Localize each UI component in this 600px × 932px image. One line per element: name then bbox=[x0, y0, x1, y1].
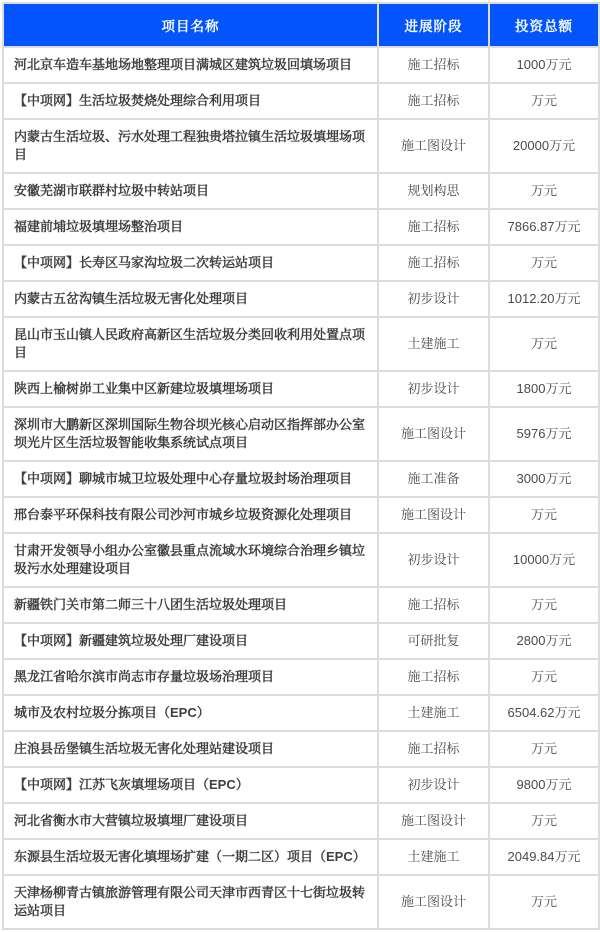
table-row: 深圳市大鹏新区深圳国际生物谷坝光核心启动区指挥部办公室坝光片区生活垃圾智能收集系… bbox=[3, 407, 599, 461]
column-header-project-name: 项目名称 bbox=[3, 3, 378, 47]
stage-cell: 初步设计 bbox=[378, 281, 489, 317]
stage-cell: 施工招标 bbox=[378, 47, 489, 83]
table-row: 天津杨柳青古镇旅游管理有限公司天津市西青区十七街垃圾转运站项目 施工图设计 万元 bbox=[3, 875, 599, 929]
stage-cell: 土建施工 bbox=[378, 317, 489, 371]
page: 项目名称 进展阶段 投资总额 河北京车造车基地场地整理项目满城区建筑垃圾回填场项… bbox=[0, 0, 600, 932]
project-name-cell: 天津杨柳青古镇旅游管理有限公司天津市西青区十七街垃圾转运站项目 bbox=[3, 875, 378, 929]
stage-cell: 施工图设计 bbox=[378, 119, 489, 173]
table-row: 陕西上榆树峁工业集中区新建垃圾填埋场项目 初步设计 1800万元 bbox=[3, 371, 599, 407]
stage-cell: 施工图设计 bbox=[378, 875, 489, 929]
stage-cell: 施工招标 bbox=[378, 245, 489, 281]
amount-cell: 万元 bbox=[489, 731, 599, 767]
project-name-cell: 河北京车造车基地场地整理项目满城区建筑垃圾回填场项目 bbox=[3, 47, 378, 83]
stage-cell: 初步设计 bbox=[378, 767, 489, 803]
table-row: 【中项网】新疆建筑垃圾处理厂建设项目 可研批复 2800万元 bbox=[3, 623, 599, 659]
amount-cell: 万元 bbox=[489, 875, 599, 929]
amount-cell: 万元 bbox=[489, 803, 599, 839]
amount-cell: 万元 bbox=[489, 245, 599, 281]
amount-cell: 万元 bbox=[489, 587, 599, 623]
amount-cell: 1012.20万元 bbox=[489, 281, 599, 317]
amount-cell: 2049.84万元 bbox=[489, 839, 599, 875]
amount-cell: 6504.62万元 bbox=[489, 695, 599, 731]
table-row: 内蒙古五岔沟镇生活垃圾无害化处理项目 初步设计 1012.20万元 bbox=[3, 281, 599, 317]
table-header: 项目名称 进展阶段 投资总额 bbox=[3, 3, 599, 47]
table-row: 福建前埔垃圾填埋场整治项目 施工招标 7866.87万元 bbox=[3, 209, 599, 245]
amount-cell: 5976万元 bbox=[489, 407, 599, 461]
table-row: 邢台泰平环保科技有限公司沙河市城乡垃圾资源化处理项目 施工图设计 万元 bbox=[3, 497, 599, 533]
project-name-cell: 【中项网】生活垃圾焚烧处理综合利用项目 bbox=[3, 83, 378, 119]
table-row: 甘肃开发领导小组办公室徽县重点流域水环境综合治理乡镇垃圾污水处理建设项目 初步设… bbox=[3, 533, 599, 587]
table-row: 庄浪县岳堡镇生活垃圾无害化处理站建设项目 施工招标 万元 bbox=[3, 731, 599, 767]
table-row: 昆山市玉山镇人民政府高新区生活垃圾分类回收利用处置点项目 土建施工 万元 bbox=[3, 317, 599, 371]
stage-cell: 初步设计 bbox=[378, 371, 489, 407]
project-name-cell: 安徽芜湖市联群村垃圾中转站项目 bbox=[3, 173, 378, 209]
header-row: 项目名称 进展阶段 投资总额 bbox=[3, 3, 599, 47]
table-row: 河北京车造车基地场地整理项目满城区建筑垃圾回填场项目 施工招标 1000万元 bbox=[3, 47, 599, 83]
stage-cell: 土建施工 bbox=[378, 695, 489, 731]
amount-cell: 1000万元 bbox=[489, 47, 599, 83]
project-name-cell: 【中项网】长寿区马家沟垃圾二次转运站项目 bbox=[3, 245, 378, 281]
project-name-cell: 福建前埔垃圾填埋场整治项目 bbox=[3, 209, 378, 245]
amount-cell: 7866.87万元 bbox=[489, 209, 599, 245]
amount-cell: 20000万元 bbox=[489, 119, 599, 173]
amount-cell: 1800万元 bbox=[489, 371, 599, 407]
column-header-progress-stage: 进展阶段 bbox=[378, 3, 489, 47]
table-row: 城市及农村垃圾分拣项目（EPC） 土建施工 6504.62万元 bbox=[3, 695, 599, 731]
project-name-cell: 东源县生活垃圾无害化填埋场扩建（一期二区）项目（EPC） bbox=[3, 839, 378, 875]
project-name-cell: 【中项网】新疆建筑垃圾处理厂建设项目 bbox=[3, 623, 378, 659]
project-name-cell: 内蒙古五岔沟镇生活垃圾无害化处理项目 bbox=[3, 281, 378, 317]
project-name-cell: 深圳市大鹏新区深圳国际生物谷坝光核心启动区指挥部办公室坝光片区生活垃圾智能收集系… bbox=[3, 407, 378, 461]
project-name-cell: 黑龙江省哈尔滨市尚志市存量垃圾场治理项目 bbox=[3, 659, 378, 695]
project-name-cell: 【中项网】聊城市城卫垃圾处理中心存量垃圾封场治理项目 bbox=[3, 461, 378, 497]
table-row: 【中项网】长寿区马家沟垃圾二次转运站项目 施工招标 万元 bbox=[3, 245, 599, 281]
amount-cell: 万元 bbox=[489, 317, 599, 371]
amount-cell: 9800万元 bbox=[489, 767, 599, 803]
stage-cell: 施工招标 bbox=[378, 83, 489, 119]
stage-cell: 初步设计 bbox=[378, 533, 489, 587]
amount-cell: 万元 bbox=[489, 83, 599, 119]
table-row: 【中项网】江苏飞灰填埋场项目（EPC） 初步设计 9800万元 bbox=[3, 767, 599, 803]
stage-cell: 施工招标 bbox=[378, 209, 489, 245]
table-row: 【中项网】生活垃圾焚烧处理综合利用项目 施工招标 万元 bbox=[3, 83, 599, 119]
project-name-cell: 河北省衡水市大营镇垃圾填埋厂建设项目 bbox=[3, 803, 378, 839]
stage-cell: 施工图设计 bbox=[378, 497, 489, 533]
project-name-cell: 陕西上榆树峁工业集中区新建垃圾填埋场项目 bbox=[3, 371, 378, 407]
table-row: 安徽芜湖市联群村垃圾中转站项目 规划构思 万元 bbox=[3, 173, 599, 209]
stage-cell: 施工招标 bbox=[378, 731, 489, 767]
stage-cell: 施工图设计 bbox=[378, 407, 489, 461]
table-row: 【中项网】聊城市城卫垃圾处理中心存量垃圾封场治理项目 施工准备 3000万元 bbox=[3, 461, 599, 497]
stage-cell: 施工图设计 bbox=[378, 803, 489, 839]
stage-cell: 规划构思 bbox=[378, 173, 489, 209]
projects-table: 项目名称 进展阶段 投资总额 河北京车造车基地场地整理项目满城区建筑垃圾回填场项… bbox=[2, 2, 600, 930]
project-name-cell: 甘肃开发领导小组办公室徽县重点流域水环境综合治理乡镇垃圾污水处理建设项目 bbox=[3, 533, 378, 587]
stage-cell: 施工准备 bbox=[378, 461, 489, 497]
amount-cell: 2800万元 bbox=[489, 623, 599, 659]
column-header-total-investment: 投资总额 bbox=[489, 3, 599, 47]
stage-cell: 可研批复 bbox=[378, 623, 489, 659]
table-row: 新疆铁门关市第二师三十八团生活垃圾处理项目 施工招标 万元 bbox=[3, 587, 599, 623]
project-name-cell: 邢台泰平环保科技有限公司沙河市城乡垃圾资源化处理项目 bbox=[3, 497, 378, 533]
project-name-cell: 新疆铁门关市第二师三十八团生活垃圾处理项目 bbox=[3, 587, 378, 623]
table-row: 河北省衡水市大营镇垃圾填埋厂建设项目 施工图设计 万元 bbox=[3, 803, 599, 839]
amount-cell: 3000万元 bbox=[489, 461, 599, 497]
table-row: 内蒙古生活垃圾、污水处理工程独贵塔拉镇生活垃圾填埋场项目 施工图设计 20000… bbox=[3, 119, 599, 173]
stage-cell: 土建施工 bbox=[378, 839, 489, 875]
table-body: 河北京车造车基地场地整理项目满城区建筑垃圾回填场项目 施工招标 1000万元 【… bbox=[3, 47, 599, 929]
amount-cell: 万元 bbox=[489, 173, 599, 209]
amount-cell: 10000万元 bbox=[489, 533, 599, 587]
project-name-cell: 【中项网】江苏飞灰填埋场项目（EPC） bbox=[3, 767, 378, 803]
stage-cell: 施工招标 bbox=[378, 659, 489, 695]
project-name-cell: 内蒙古生活垃圾、污水处理工程独贵塔拉镇生活垃圾填埋场项目 bbox=[3, 119, 378, 173]
stage-cell: 施工招标 bbox=[378, 587, 489, 623]
project-name-cell: 庄浪县岳堡镇生活垃圾无害化处理站建设项目 bbox=[3, 731, 378, 767]
amount-cell: 万元 bbox=[489, 497, 599, 533]
project-name-cell: 城市及农村垃圾分拣项目（EPC） bbox=[3, 695, 378, 731]
amount-cell: 万元 bbox=[489, 659, 599, 695]
table-row: 东源县生活垃圾无害化填埋场扩建（一期二区）项目（EPC） 土建施工 2049.8… bbox=[3, 839, 599, 875]
table-row: 黑龙江省哈尔滨市尚志市存量垃圾场治理项目 施工招标 万元 bbox=[3, 659, 599, 695]
project-name-cell: 昆山市玉山镇人民政府高新区生活垃圾分类回收利用处置点项目 bbox=[3, 317, 378, 371]
